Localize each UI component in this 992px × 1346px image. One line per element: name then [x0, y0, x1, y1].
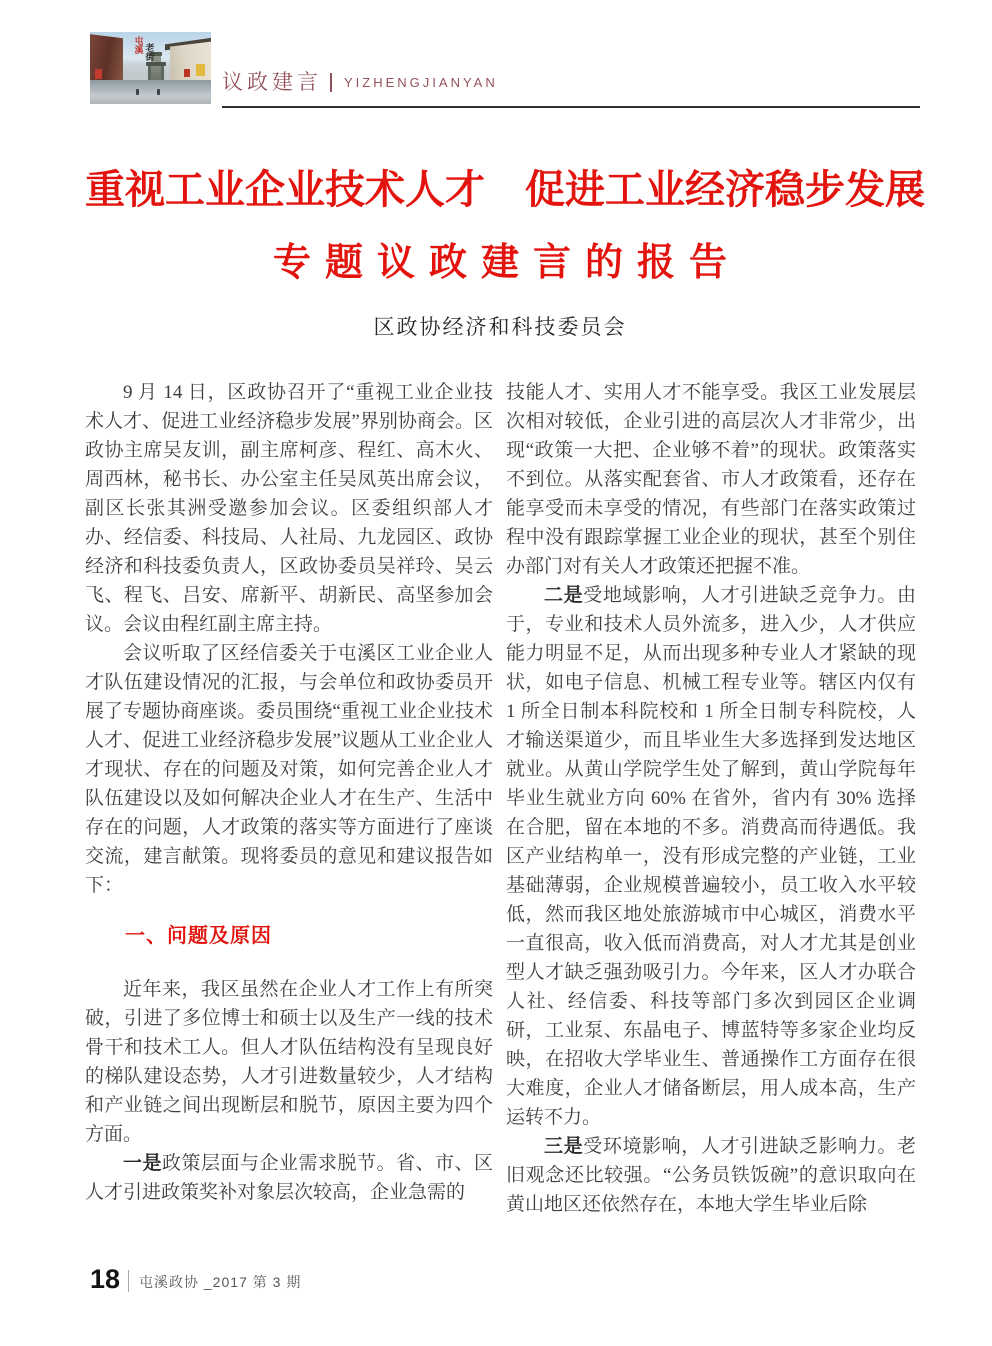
photo-street: [90, 80, 211, 104]
footer-divider: [128, 1270, 129, 1292]
photo-caption-dark: 老街: [145, 43, 155, 61]
header-photo-tunxi-old-street: 屯溪 老街: [90, 32, 211, 104]
photo-caption-red: 屯溪: [134, 36, 144, 61]
body-paragraph: 9 月 14 日，区政协召开了“重视工业企业技术人才、促进工业经济稳步发展”界别…: [85, 378, 493, 639]
journal-issue-info: 屯溪政协 _2017 第 3 期: [139, 1272, 301, 1292]
photo-yellow-sign: [196, 64, 205, 76]
masthead-rule: [222, 106, 920, 108]
page-number: 18: [90, 1264, 120, 1295]
body-paragraph: 一是政策层面与企业需求脱节。省、市、区人才引进政策奖补对象层次较高，企业急需的: [85, 1149, 493, 1207]
article-column-right: 技能人才、实用人才不能享受。我区工业发展层次相对较低，企业引进的高层次人才非常少…: [506, 378, 916, 1219]
paragraph-lead: 一是: [123, 1153, 162, 1174]
body-paragraph: 三是受环境影响，人才引进缺乏影响力。老旧观念还比较强。“公务员铁饭碗”的意识取向…: [506, 1132, 916, 1219]
article-title-block: 重视工业企业技术人才 促进工业经济稳步发展 专题议政建言的报告 区政协经济和科技…: [85, 158, 915, 341]
photo-red-lantern: [184, 69, 190, 77]
article-column-left: 9 月 14 日，区政协召开了“重视工业企业技术人才、促进工业经济稳步发展”界别…: [85, 378, 493, 1207]
article-title-line1: 重视工业企业技术人才 促进工业经济稳步发展: [85, 158, 915, 215]
section-subtitle-pinyin: YIZHENGJIANYAN: [344, 75, 498, 90]
masthead: 议政建言YIZHENGJIANYAN: [222, 66, 498, 96]
body-paragraph: 技能人才、实用人才不能享受。我区工业发展层次相对较低，企业引进的高层次人才非常少…: [506, 378, 916, 581]
photo-caption: 屯溪 老街: [134, 36, 155, 61]
page-footer: 18 屯溪政协 _2017 第 3 期: [90, 1264, 301, 1295]
section-title: 议政建言: [222, 70, 322, 94]
photo-pedestrian: [157, 89, 160, 95]
magazine-page: 屯溪 老街 议政建言YIZHENGJIANYAN 重视工业企业技术人才 促进工业…: [0, 0, 992, 1346]
body-paragraph: 近年来，我区虽然在企业人才工作上有所突破，引进了多位博士和硕士以及生产一线的技术…: [85, 975, 493, 1149]
masthead-divider: [330, 73, 332, 92]
body-paragraph: 会议听取了区经信委关于屯溪区工业企业人才队伍建设情况的汇报，与会单位和政协委员开…: [85, 639, 493, 900]
article-title-line2: 专题议政建言的报告: [85, 231, 915, 286]
paragraph-lead: 三是: [544, 1136, 583, 1157]
photo-red-sign: [95, 69, 102, 79]
section-heading: 一、问题及原因: [85, 922, 493, 951]
body-paragraph: 二是受地域影响，人才引进缺乏竞争力。由于，专业和技术人员外流多，进入少，人才供应…: [506, 581, 916, 1132]
paragraph-lead: 二是: [544, 585, 583, 606]
article-author: 区政协经济和科技委员会: [85, 311, 915, 341]
photo-pedestrian: [136, 89, 139, 95]
